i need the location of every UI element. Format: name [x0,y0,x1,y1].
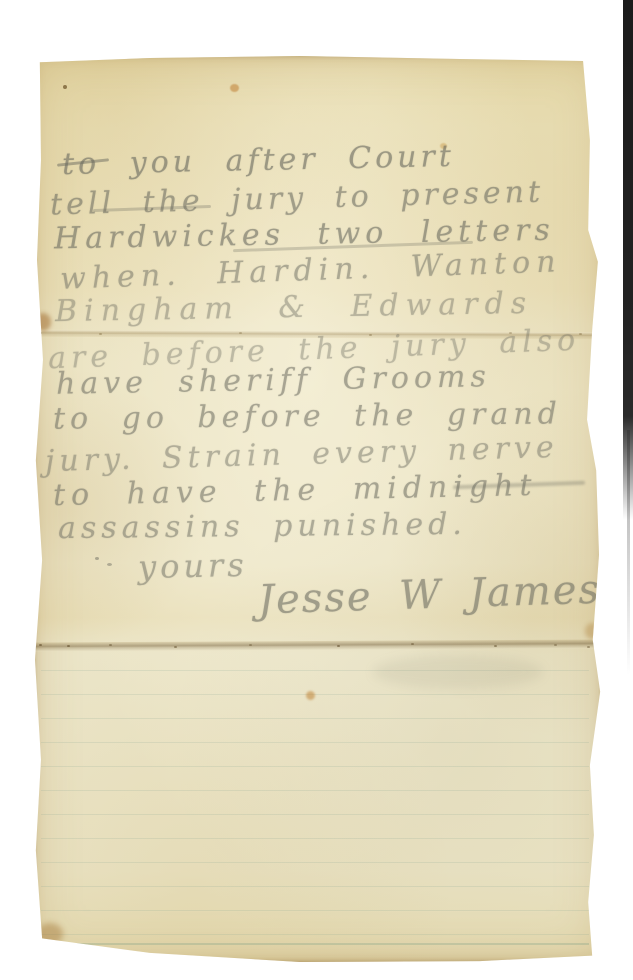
letter-paper: to you after Court tell the jury to pres… [33,55,603,962]
handwriting-line-5: Bingham & Edwards [55,289,534,327]
handwriting-line-7: have sheriff Grooms [56,362,491,400]
ruled-lines [41,647,589,947]
pencil-dot [107,563,112,566]
ink-speck [63,85,67,89]
handwriting-line-10: to have the midnight [53,471,538,511]
letter-photograph: to you after Court tell the jury to pres… [0,0,633,980]
edge-stain [35,313,51,331]
ruled-line-strong [41,943,589,945]
pencil-smudge [373,655,543,689]
signature: Jesse W James [257,570,601,621]
closing-line: yours [138,549,248,583]
pencil-dot [95,557,99,560]
edge-stain [585,623,599,639]
foxing-stain [230,84,239,92]
scan-edge-shadow-fade [627,430,630,675]
corner-stain [37,923,63,945]
handwriting-line-1: to you after Court [62,142,455,180]
handwriting-line-11: assassins punished. [58,510,467,544]
handwriting-line-8: to go before the grand [53,399,562,434]
foxing-stain [306,691,315,700]
fold-speckles-lower [39,644,42,646]
fold-speckles-upper [39,332,42,334]
